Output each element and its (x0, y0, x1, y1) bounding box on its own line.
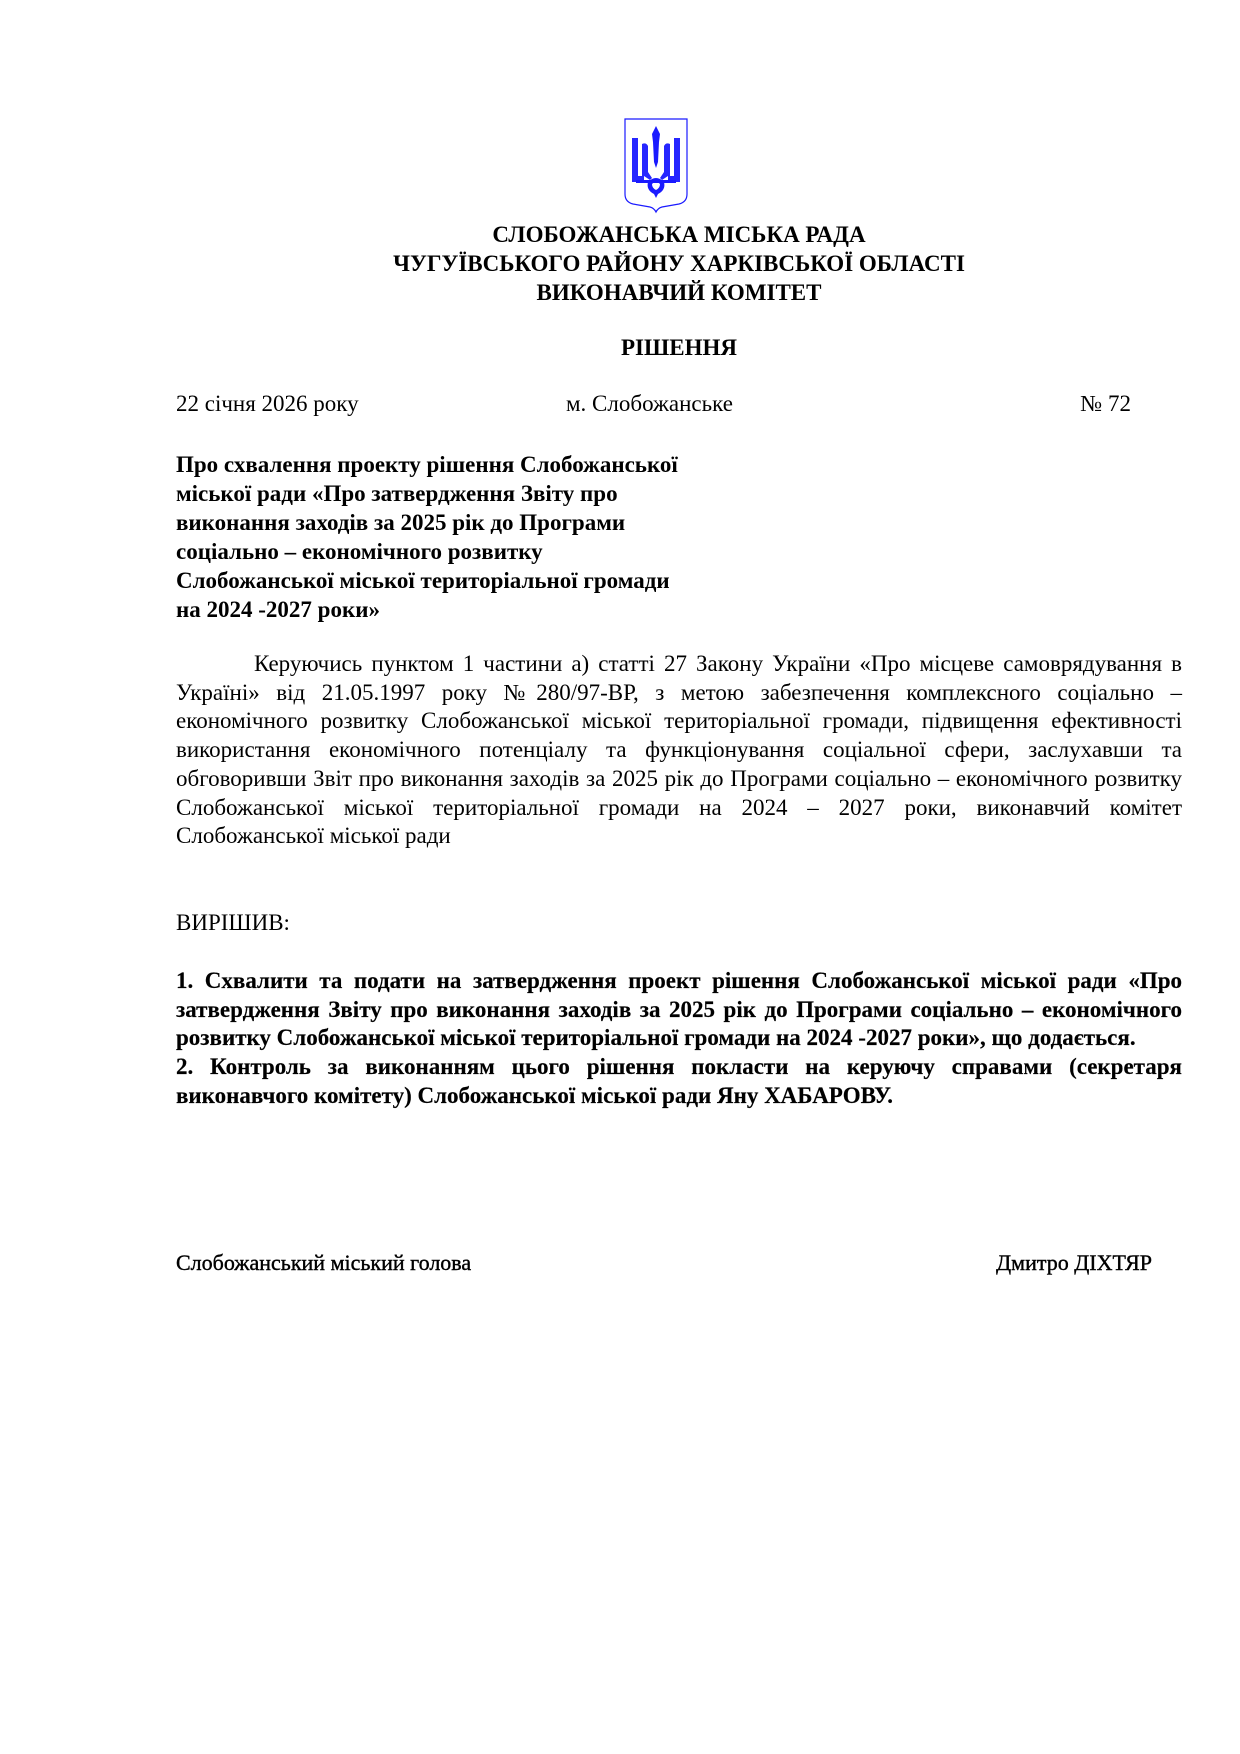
document-meta-row: 22 січня 2026 року м. Слобожанське № 72 (176, 391, 1131, 421)
document-page: СЛОБОЖАНСЬКА МІСЬКА РАДА ЧУГУЇВСЬКОГО РА… (0, 0, 1240, 1754)
issuer-council-name: СЛОБОЖАНСЬКА МІСЬКА РАДА (0, 220, 1240, 249)
subject-line: соціально – економічного розвитку (176, 537, 736, 566)
signature-block: Слобожанський міський голова Дмитро ДІХТ… (176, 1250, 1152, 1280)
subject-line: на 2024 -2027 роки» (176, 595, 736, 624)
issuer-header: СЛОБОЖАНСЬКА МІСЬКА РАДА ЧУГУЇВСЬКОГО РА… (0, 220, 1240, 307)
document-type-title: РІШЕННЯ (0, 335, 1240, 361)
preamble-paragraph: Керуючись пунктом 1 частини а) статті 27… (176, 650, 1182, 851)
document-date: 22 січня 2026 року (176, 391, 359, 417)
subject-line: міської ради «Про затвердження Звіту про (176, 479, 736, 508)
issuer-executive-committee: ВИКОНАВЧИЙ КОМІТЕТ (0, 278, 1240, 307)
decision-item: 1. Схвалити та подати на затвердження пр… (176, 967, 1182, 1053)
document-number: № 72 (1080, 391, 1131, 417)
subject-line: виконання заходів за 2025 рік до Програм… (176, 508, 736, 537)
document-subject: Про схвалення проекту рішення Слобожансь… (176, 450, 736, 624)
issuer-district-region: ЧУГУЇВСЬКОГО РАЙОНУ ХАРКІВСЬКОЇ ОБЛАСТІ (0, 249, 1240, 278)
document-place: м. Слобожанське (566, 391, 733, 417)
subject-line: Про схвалення проекту рішення Слобожансь… (176, 450, 736, 479)
resolved-label: ВИРІШИВ: (176, 910, 290, 936)
decision-item: 2. Контроль за виконанням цього рішення … (176, 1053, 1182, 1110)
subject-line: Слобожанської міської територіальної гро… (176, 566, 736, 595)
ukraine-trident-coat-of-arms-icon (622, 116, 690, 214)
signatory-name: Дмитро ДІХТЯР (996, 1250, 1152, 1276)
signatory-title: Слобожанський міський голова (176, 1250, 471, 1276)
decisions-list: 1. Схвалити та подати на затвердження пр… (176, 967, 1182, 1111)
